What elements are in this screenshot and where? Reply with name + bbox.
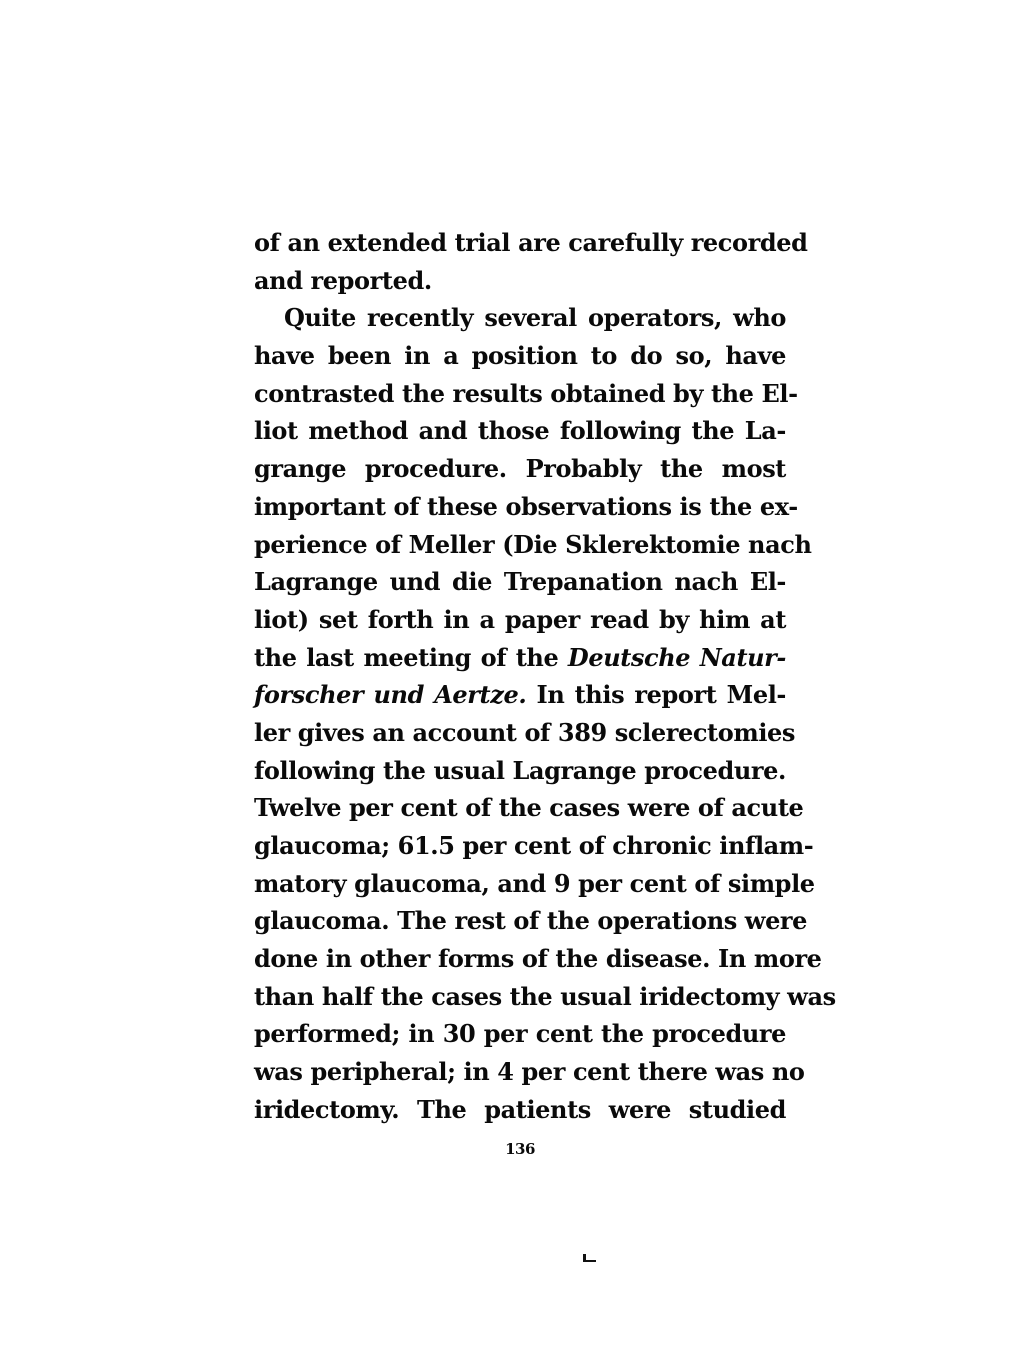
text-line: perience of Meller (Die Sklerektomie nac… (254, 526, 786, 564)
text-line: following the usual Lagrange procedure. (254, 752, 786, 790)
text-line: of an extended trial are carefully recor… (254, 224, 786, 262)
text-line: grange procedure. Probably the most (254, 450, 786, 488)
text-line-with-italic: forscher und Aertze. In this report Mel- (254, 676, 786, 714)
text-line: contrasted the results obtained by the E… (254, 375, 786, 413)
text-line: glaucoma; 61.5 per cent of chronic infla… (254, 827, 786, 865)
italic-title-fragment: Deutsche Natur- (568, 643, 786, 672)
text-fragment: the last meeting of the (254, 643, 568, 672)
text-line: than half the cases the usual iridectomy… (254, 978, 786, 1016)
text-line: was peripheral; in 4 per cent there was … (254, 1053, 786, 1091)
text-line: done in other forms of the disease. In m… (254, 940, 786, 978)
text-fragment: In this report Mel- (526, 680, 786, 709)
text-line: Twelve per cent of the cases were of acu… (254, 789, 786, 827)
text-line: matory glaucoma, and 9 per cent of simpl… (254, 865, 786, 903)
text-line: liot) set forth in a paper read by him a… (254, 601, 786, 639)
text-line: performed; in 30 per cent the procedure (254, 1015, 786, 1053)
text-line: have been in a position to do so, have (254, 337, 786, 375)
text-line: iridectomy. The patients were studied (254, 1091, 786, 1129)
text-line: and reported. (254, 262, 786, 300)
page-number: 136 (254, 1140, 786, 1158)
text-line: Lagrange und die Trepanation nach El- (254, 563, 786, 601)
scan-mark-icon (583, 1254, 597, 1262)
text-line: ler gives an account of 389 sclerectomie… (254, 714, 786, 752)
text-line: important of these observations is the e… (254, 488, 786, 526)
document-page: of an extended trial are carefully recor… (254, 224, 786, 1129)
text-line-with-italic: the last meeting of the Deutsche Natur- (254, 639, 786, 677)
text-line: glaucoma. The rest of the operations wer… (254, 902, 786, 940)
paragraph-start-line: Quite recently several operators, who (254, 299, 786, 337)
text-line: liot method and those following the La- (254, 412, 786, 450)
italic-title-fragment: forscher und Aertze. (254, 680, 526, 709)
